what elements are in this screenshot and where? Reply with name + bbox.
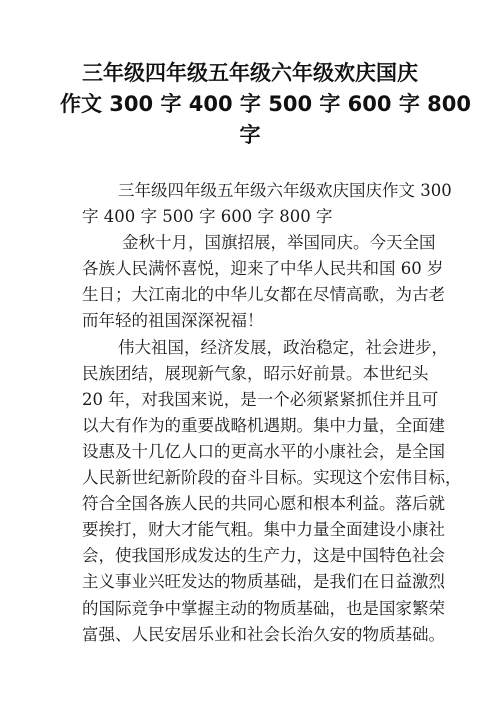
title-line: 作文 300 字 400 字 500 字 600 字 800: [60, 89, 440, 120]
text-line: 主义事业兴旺发达的物质基础，是我们在日益激烈: [82, 569, 418, 595]
text-line: 伟大祖国，经济发展，政治稳定，社会进步，: [82, 335, 418, 361]
text-line: 人民新世纪新阶段的奋斗目标。实现这个宏伟目标，: [82, 465, 418, 491]
text-line: 的国际竞争中掌握主动的物质基础，也是国家繁荣: [82, 596, 418, 622]
text-line: 会，使我国形成发达的生产力，这是中国特色社会: [82, 543, 418, 569]
title-line: 字: [60, 120, 440, 151]
text-line: 生日；大江南北的中华儿女都在尽情高歌，为古老: [82, 282, 418, 308]
text-line: 各族人民满怀喜悦，迎来了中华人民共和国 60 岁: [82, 256, 418, 282]
text-line: 以大有作为的重要战略机遇期。集中力量，全面建: [82, 413, 418, 439]
document-body: 三年级四年级五年级六年级欢庆国庆作文 300 字 400 字 500 字 600…: [82, 178, 418, 648]
paragraph-main: 伟大祖国，经济发展，政治稳定，社会进步， 民族团结，展现新气象，昭示好前景。本世…: [82, 335, 418, 648]
text-line: 三年级四年级五年级六年级欢庆国庆作文 300: [82, 178, 418, 204]
text-line: 富强、人民安居乐业和社会长治久安的物质基础。: [82, 622, 418, 648]
text-line: 民族团结，展现新气象，昭示好前景。本世纪头: [82, 361, 418, 387]
text-line: 符合全国各族人民的共同心愿和根本利益。落后就: [82, 491, 418, 517]
paragraph-intro: 金秋十月，国旗招展，举国同庆。今天全国 各族人民满怀喜悦，迎来了中华人民共和国 …: [82, 230, 418, 334]
text-line: 要挨打，财大才能气粗。集中力量全面建设小康社: [82, 517, 418, 543]
text-line: 而年轻的祖国深深祝福！: [82, 308, 418, 334]
document-title: 三年级四年级五年级六年级欢庆国庆 作文 300 字 400 字 500 字 60…: [60, 58, 440, 151]
paragraph-subtitle: 三年级四年级五年级六年级欢庆国庆作文 300 字 400 字 500 字 600…: [82, 178, 418, 230]
title-line: 三年级四年级五年级六年级欢庆国庆: [60, 58, 440, 89]
text-line: 设惠及十几亿人口的更高水平的小康社会，是全国: [82, 439, 418, 465]
text-line: 字 400 字 500 字 600 字 800 字: [82, 204, 418, 230]
text-line: 金秋十月，国旗招展，举国同庆。今天全国: [82, 230, 418, 256]
text-line: 20 年，对我国来说，是一个必须紧紧抓住并且可: [82, 387, 418, 413]
